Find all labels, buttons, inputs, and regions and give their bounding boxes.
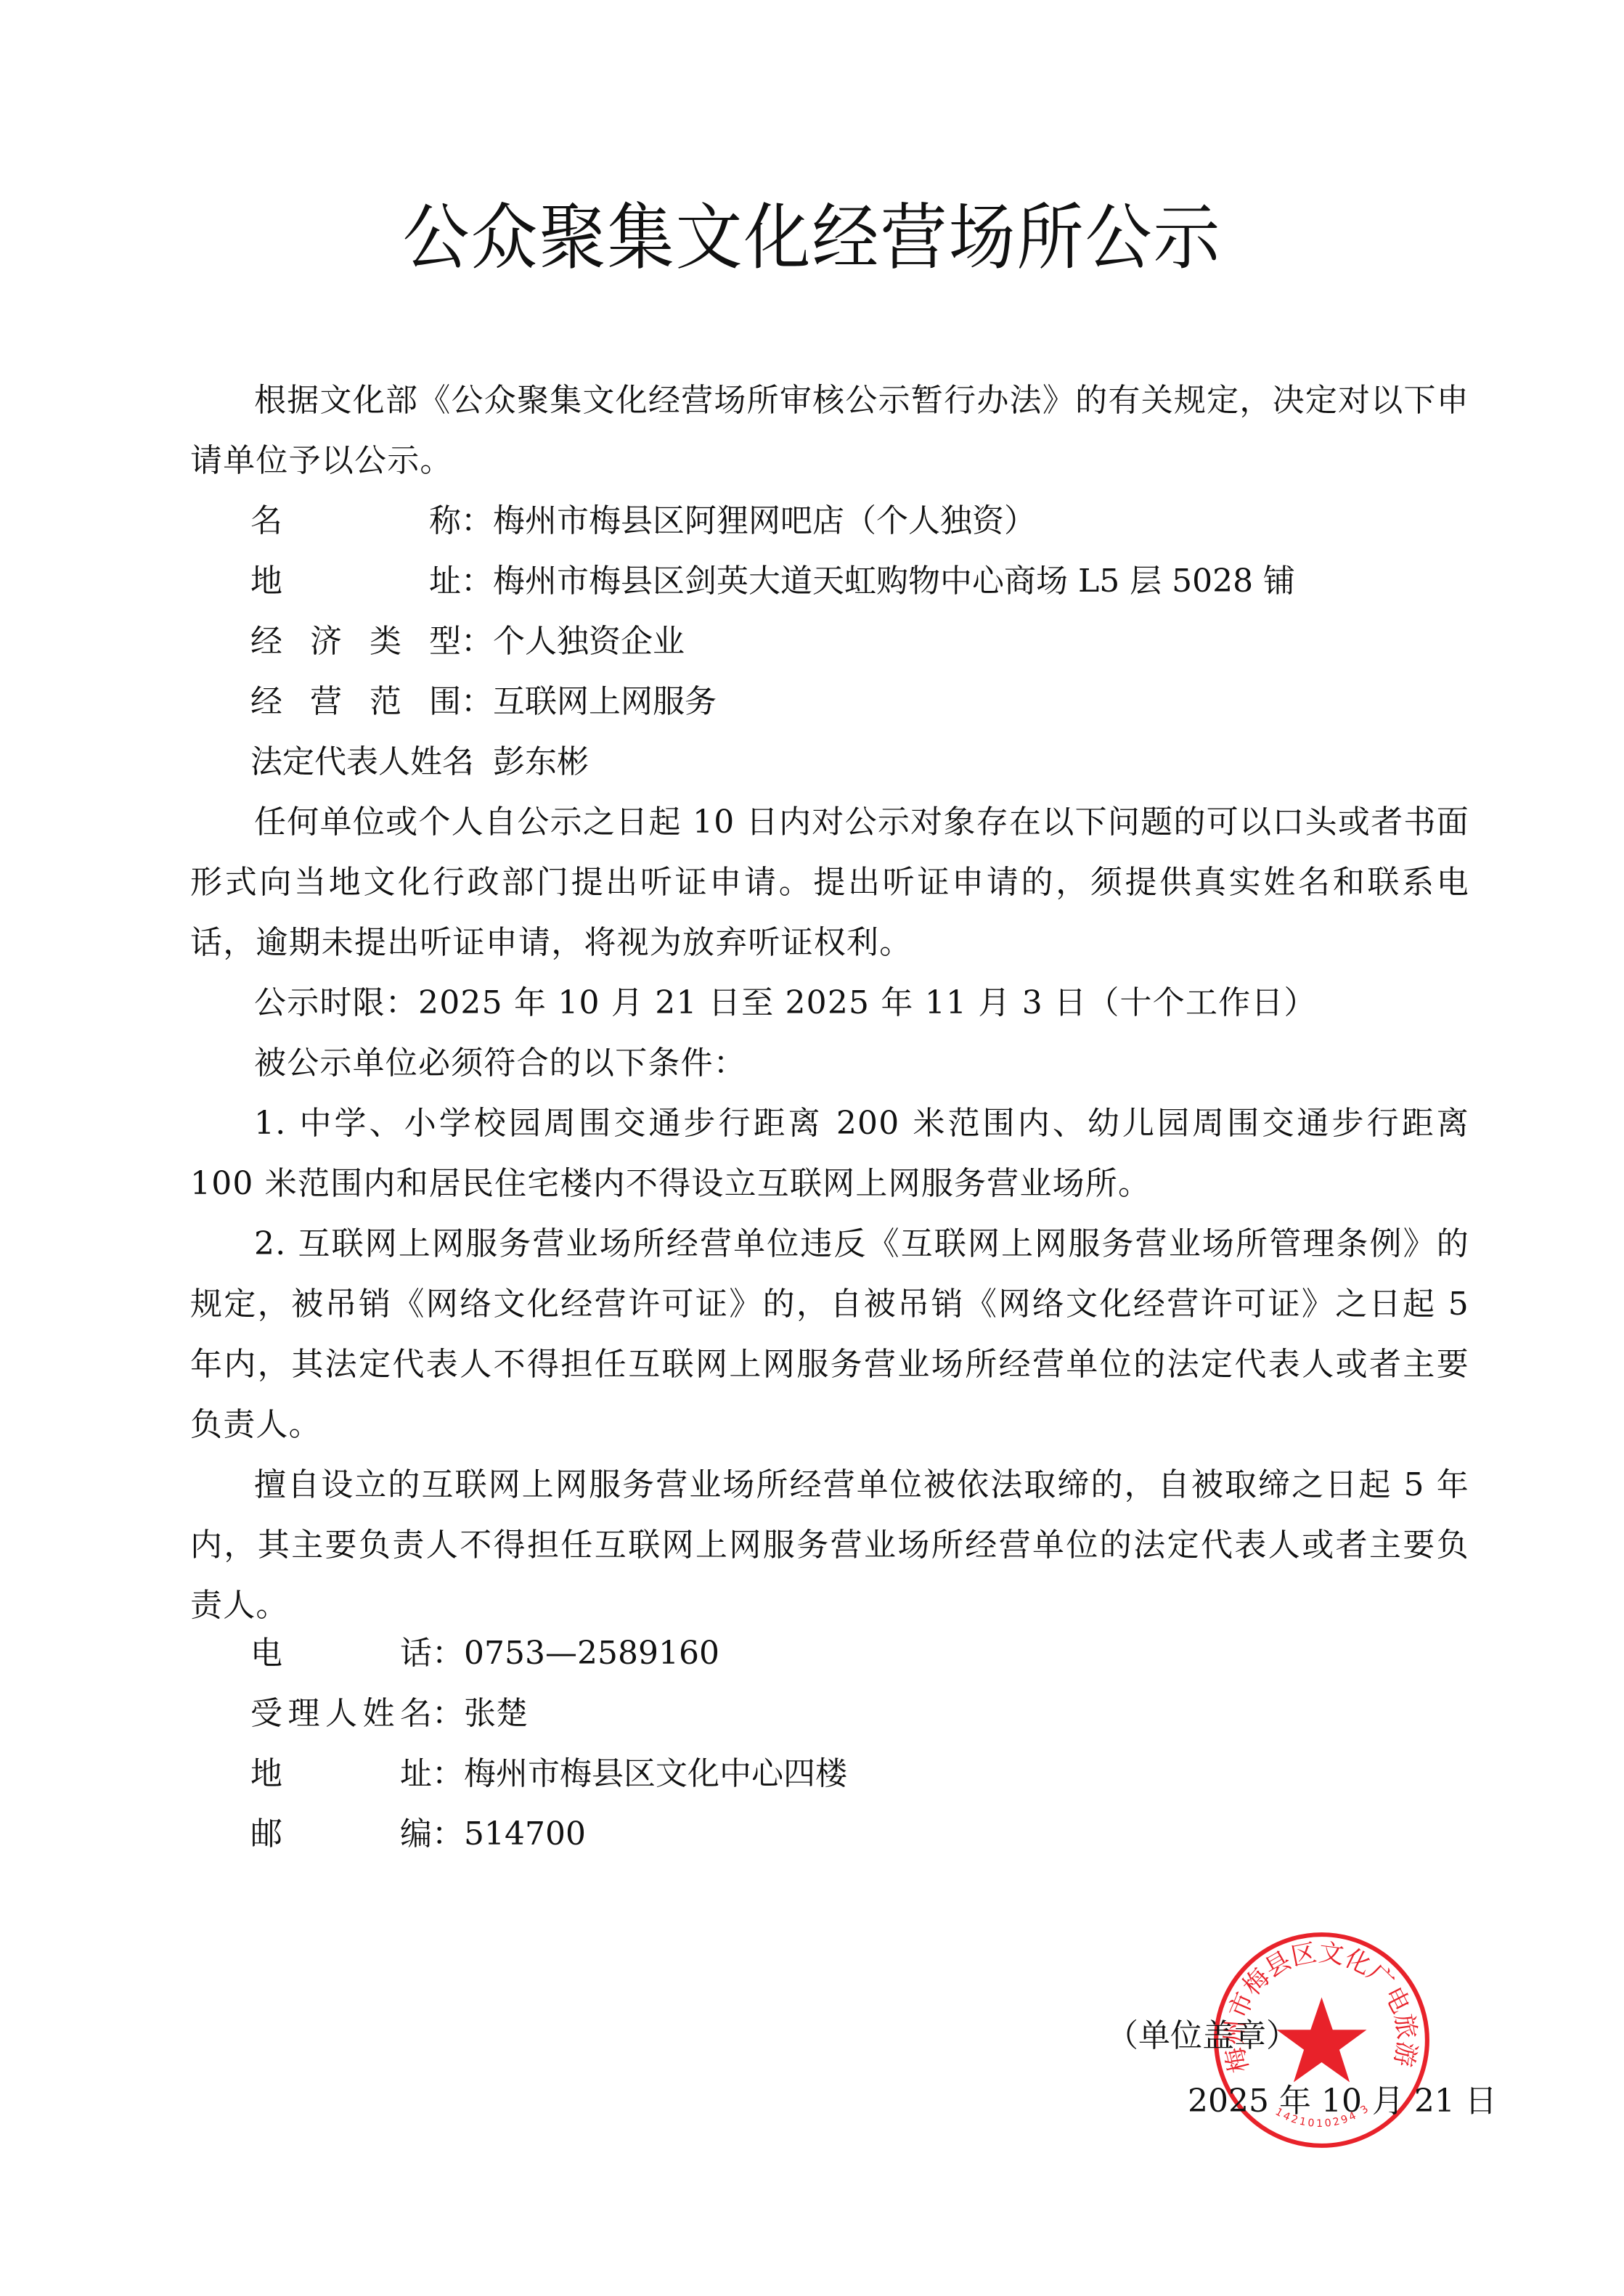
field-value: 514700 xyxy=(464,1804,586,1864)
field-colon: ： xyxy=(461,671,493,732)
contact-address: 地址：梅州市梅县区文化中心四楼 xyxy=(250,1744,847,1804)
field-value: 梅州市梅县区剑英大道天虹购物中心商场 L5 层 5028 铺 xyxy=(493,551,1295,611)
signature-date: 2025 年 10 月 21 日 xyxy=(1188,2080,1497,2123)
field-address: 地址：梅州市梅县区剑英大道天虹购物中心商场 L5 层 5028 铺 xyxy=(250,551,1295,611)
field-colon: ： xyxy=(432,1623,464,1683)
field-value: 互联网上网服务 xyxy=(493,671,717,732)
field-colon: ： xyxy=(461,611,493,671)
field-colon: ： xyxy=(432,1683,464,1744)
field-colon: ： xyxy=(461,551,493,611)
condition-item-1: 1. 中学、小学校园周围交通步行距离 200 米范围内、幼儿园周围交通步行距离 … xyxy=(190,1093,1469,1214)
stamp-note: （单位盖章） xyxy=(1106,2014,1298,2058)
field-label: 经济类型 xyxy=(250,611,461,671)
conditions-heading: 被公示单位必须符合的以下条件： xyxy=(190,1033,1469,1093)
field-colon: ： xyxy=(461,732,493,792)
field-value: 彭东彬 xyxy=(493,732,589,792)
field-economic-type: 经济类型：个人独资企业 xyxy=(250,611,685,671)
field-label: 地址 xyxy=(250,1744,432,1804)
field-label: 经营范围 xyxy=(250,671,461,732)
field-colon: ： xyxy=(432,1804,464,1864)
field-colon: ： xyxy=(432,1744,464,1804)
notice-section: 任何单位或个人自公示之日起 10 日内对公示对象存在以下问题的可以口头或者书面形… xyxy=(190,792,1469,1635)
field-value: 梅州市梅县区文化中心四楼 xyxy=(464,1744,847,1804)
field-value: 张楚 xyxy=(464,1683,528,1744)
contact-phone: 电话：0753—2589160 xyxy=(250,1623,719,1683)
condition-item-2: 2. 互联网上网服务营业场所经营单位违反《互联网上网服务营业场所管理条例》的规定… xyxy=(190,1214,1469,1455)
field-name: 名称：梅州市梅县区阿狸网吧店（个人独资） xyxy=(250,491,1036,551)
field-value: 0753—2589160 xyxy=(464,1623,719,1683)
field-label: 邮编 xyxy=(250,1804,432,1864)
document-title: 公众聚集文化经营场所公示 xyxy=(0,191,1624,285)
field-legal-representative: 法定代表人姓名：彭东彬 xyxy=(250,732,589,792)
hearing-notice-paragraph: 任何单位或个人自公示之日起 10 日内对公示对象存在以下问题的可以口头或者书面形… xyxy=(190,792,1469,973)
field-business-scope: 经营范围：互联网上网服务 xyxy=(250,671,717,732)
field-value: 梅州市梅县区阿狸网吧店（个人独资） xyxy=(493,491,1036,551)
document-page: 公众聚集文化经营场所公示 根据文化部《公众聚集文化经营场所审核公示暂行办法》的有… xyxy=(0,0,1624,2296)
publicity-period: 公示时限：2025 年 10 月 21 日至 2025 年 11 月 3 日（十… xyxy=(190,973,1469,1033)
field-value: 个人独资企业 xyxy=(493,611,685,671)
intro-paragraph: 根据文化部《公众聚集文化经营场所审核公示暂行办法》的有关规定，决定对以下申请单位… xyxy=(190,370,1469,491)
intro-section: 根据文化部《公众聚集文化经营场所审核公示暂行办法》的有关规定，决定对以下申请单位… xyxy=(190,370,1469,491)
contact-handler: 受理人姓名：张楚 xyxy=(250,1683,528,1744)
field-label: 受理人姓名 xyxy=(250,1683,432,1744)
field-label: 电话 xyxy=(250,1623,432,1683)
field-colon: ： xyxy=(461,491,493,551)
field-label: 法定代表人姓名 xyxy=(250,732,461,792)
field-label: 名称 xyxy=(250,491,461,551)
unauthorized-clause: 擅自设立的互联网上网服务营业场所经营单位被依法取缔的，自被取缔之日起 5 年内，… xyxy=(190,1455,1469,1635)
field-label: 地址 xyxy=(250,551,461,611)
contact-postcode: 邮编：514700 xyxy=(250,1804,586,1864)
